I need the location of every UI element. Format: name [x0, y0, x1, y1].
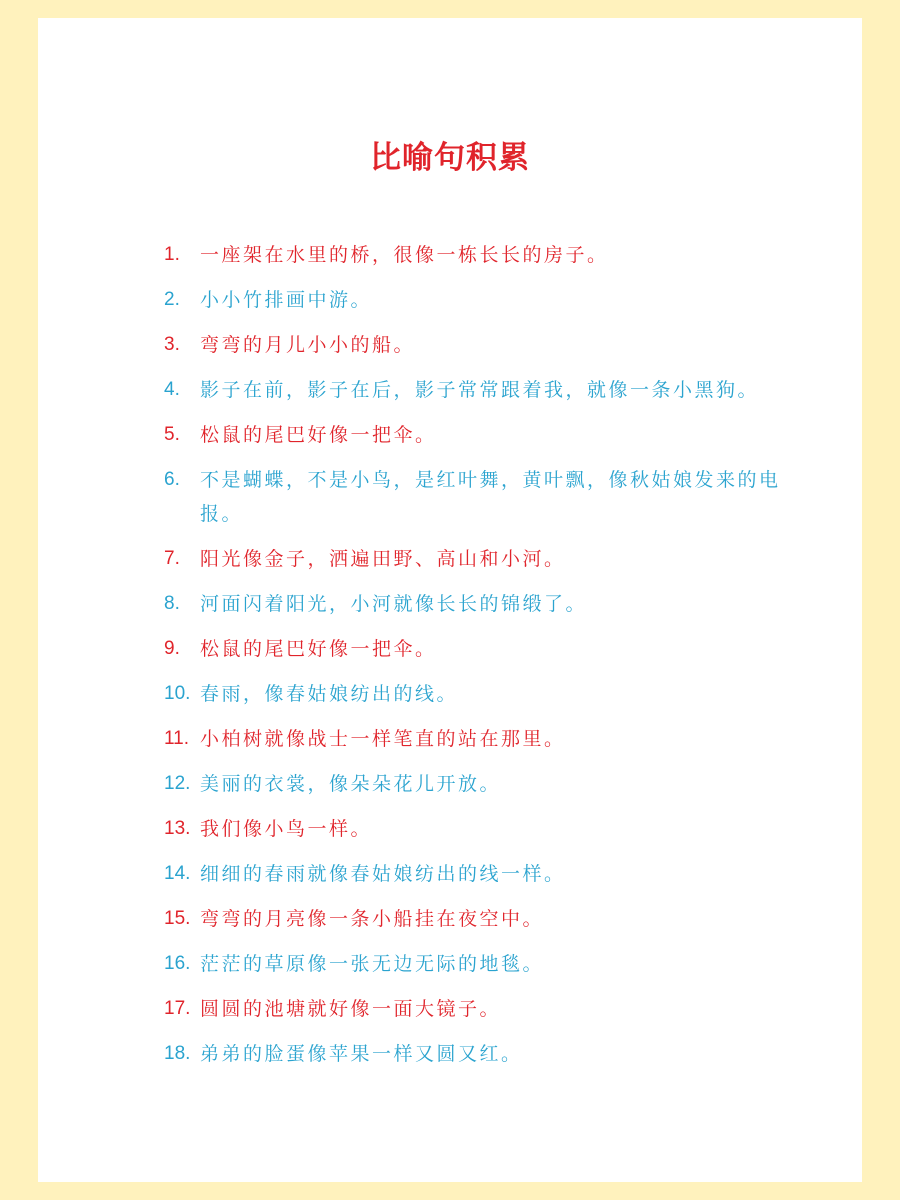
- item-text: 松鼠的尾巴好像一把伞。: [200, 632, 784, 666]
- list-item: 10.春雨，像春姑娘纺出的线。: [164, 677, 784, 711]
- item-number: 1.: [164, 238, 200, 272]
- page-title: 比喻句积累: [38, 136, 862, 180]
- list-item: 12.美丽的衣裳，像朵朵花儿开放。: [164, 767, 784, 801]
- list-item: 14.细细的春雨就像春姑娘纺出的线一样。: [164, 857, 784, 891]
- item-text: 松鼠的尾巴好像一把伞。: [200, 418, 784, 452]
- list-item: 13.我们像小鸟一样。: [164, 812, 784, 846]
- item-number: 13.: [164, 812, 200, 846]
- item-text: 小柏树就像战士一样笔直的站在那里。: [200, 722, 784, 756]
- item-text: 影子在前，影子在后，影子常常跟着我，就像一条小黑狗。: [200, 373, 784, 407]
- item-number: 5.: [164, 418, 200, 452]
- item-number: 4.: [164, 373, 200, 407]
- item-text: 一座架在水里的桥，很像一栋长长的房子。: [200, 238, 784, 272]
- item-text: 细细的春雨就像春姑娘纺出的线一样。: [200, 857, 784, 891]
- item-number: 2.: [164, 283, 200, 317]
- item-number: 17.: [164, 992, 200, 1026]
- simile-list: 1.一座架在水里的桥，很像一栋长长的房子。 2.小小竹排画中游。 3.弯弯的月儿…: [164, 238, 784, 1082]
- list-item: 18.弟弟的脸蛋像苹果一样又圆又红。: [164, 1037, 784, 1071]
- item-text: 不是蝴蝶，不是小鸟，是红叶舞，黄叶飘，像秋姑娘发来的电报。: [200, 463, 784, 531]
- list-item: 6.不是蝴蝶，不是小鸟，是红叶舞，黄叶飘，像秋姑娘发来的电报。: [164, 463, 784, 531]
- item-number: 14.: [164, 857, 200, 891]
- item-text: 弟弟的脸蛋像苹果一样又圆又红。: [200, 1037, 784, 1071]
- item-text: 茫茫的草原像一张无边无际的地毯。: [200, 947, 784, 981]
- list-item: 7.阳光像金子，洒遍田野、高山和小河。: [164, 542, 784, 576]
- item-number: 12.: [164, 767, 200, 801]
- list-item: 11.小柏树就像战士一样笔直的站在那里。: [164, 722, 784, 756]
- item-number: 11.: [164, 722, 200, 756]
- item-number: 10.: [164, 677, 200, 711]
- item-number: 7.: [164, 542, 200, 576]
- item-number: 15.: [164, 902, 200, 936]
- item-number: 8.: [164, 587, 200, 621]
- item-number: 6.: [164, 463, 200, 531]
- item-text: 圆圆的池塘就好像一面大镜子。: [200, 992, 784, 1026]
- list-item: 9.松鼠的尾巴好像一把伞。: [164, 632, 784, 666]
- item-text: 小小竹排画中游。: [200, 283, 784, 317]
- item-text: 春雨，像春姑娘纺出的线。: [200, 677, 784, 711]
- list-item: 15.弯弯的月亮像一条小船挂在夜空中。: [164, 902, 784, 936]
- list-item: 3.弯弯的月儿小小的船。: [164, 328, 784, 362]
- document-card: 比喻句积累 1.一座架在水里的桥，很像一栋长长的房子。 2.小小竹排画中游。 3…: [38, 18, 862, 1182]
- item-number: 9.: [164, 632, 200, 666]
- list-item: 16.茫茫的草原像一张无边无际的地毯。: [164, 947, 784, 981]
- item-text: 河面闪着阳光，小河就像长长的锦缎了。: [200, 587, 784, 621]
- item-text: 我们像小鸟一样。: [200, 812, 784, 846]
- list-item: 5.松鼠的尾巴好像一把伞。: [164, 418, 784, 452]
- item-text: 弯弯的月儿小小的船。: [200, 328, 784, 362]
- item-number: 16.: [164, 947, 200, 981]
- item-number: 3.: [164, 328, 200, 362]
- item-number: 18.: [164, 1037, 200, 1071]
- item-text: 弯弯的月亮像一条小船挂在夜空中。: [200, 902, 784, 936]
- list-item: 1.一座架在水里的桥，很像一栋长长的房子。: [164, 238, 784, 272]
- item-text: 阳光像金子，洒遍田野、高山和小河。: [200, 542, 784, 576]
- item-text: 美丽的衣裳，像朵朵花儿开放。: [200, 767, 784, 801]
- list-item: 2.小小竹排画中游。: [164, 283, 784, 317]
- list-item: 17.圆圆的池塘就好像一面大镜子。: [164, 992, 784, 1026]
- list-item: 4.影子在前，影子在后，影子常常跟着我，就像一条小黑狗。: [164, 373, 784, 407]
- list-item: 8.河面闪着阳光，小河就像长长的锦缎了。: [164, 587, 784, 621]
